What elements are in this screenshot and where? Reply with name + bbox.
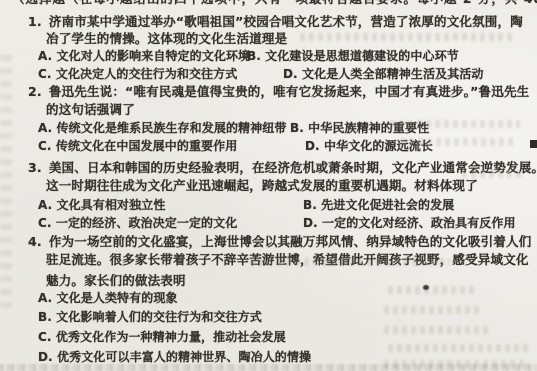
question-4-stem-line-1: 4.作为一场空前的文化盛宴，上海世博会以其融万邦风情、纳异域特色的文化吸引着人们 [28,235,531,249]
question-4-option-a: A. 文化是人类特有的现象 [38,291,178,305]
question-4-stem-line-3: 魅力。家长们的做法表明 [46,274,186,288]
scan-bottom-noise [0,364,537,371]
question-3-number: 3. [28,161,42,175]
question-4-stem-line-2: 驻足流连。很多家长带着孩子不辞辛苦游世博，希望借此开阔孩子视野，感受异域文化 [46,253,529,267]
bleedthrough-smudge [388,286,478,294]
question-2-option-b: B. 中华民族精神的重要性 [290,121,429,135]
question-3-stem-text: 美国、日本和韩国的历史经验表明，在经济危机或萧条时期，文化产业通常会逆势发展。 [49,160,537,175]
section-header-clipped: （选择题（在每小题给出的四个选项中，只有一项最符合题目要求。每小题 2 分，共 … [12,0,537,6]
bleedthrough-smudge [300,33,515,41]
bleedthrough-smudge [388,344,528,352]
question-3-stem-line-1: 3.美国、日本和韩国的历史经验表明，在经济危机或萧条时期，文化产业通常会逆势发展… [28,161,537,175]
question-1-option-a: A. 文化对人的影响来自特定的文化环境 [38,49,250,63]
question-2-option-d: D. 中华文化的源远流长 [305,139,433,153]
question-1-stem-text: 济南市某中学通过举办“歌唱祖国”校园合唱文化艺术节，营造了浓厚的文化氛围，陶 [49,14,523,29]
question-1-options-row-ab: A. 文化对人的影响来自特定的文化环境 B. 文化建设是思想道德建设的中心环节 [38,49,518,63]
scan-edge-mark [530,140,537,148]
scanned-exam-page: （选择题（在每小题给出的四个选项中，只有一项最符合题目要求。每小题 2 分，共 … [0,0,537,371]
question-4-option-d: D. 优秀文化可以丰富人的精神世界、陶冶人的情操 [38,350,311,364]
question-2-options-row-ab: A. 传统文化是维系民族生存和发展的精神纽带 B. 中华民族精神的重要性 [38,121,518,135]
question-4-option-b: B. 文化影响着人们的交往行为和交往方式 [38,310,262,324]
question-2-number: 2. [28,85,42,99]
question-1-option-b: B. 文化建设是思想道德建设的中心环节 [247,49,459,63]
question-3-options-row-cd: C. 一定的经济、政治决定一定的文化 D. 一定的文化对经济、政治具有反作用 [38,216,518,230]
question-4-option-c: C. 优秀文化作为一种精神力量，推动社会发展 [38,330,286,344]
question-1-option-c: C. 文化决定人的交往行为和交往方式 [38,67,237,81]
question-2-stem-line-2: 的这句话强调了 [46,103,135,117]
question-3-option-b: B. 先进文化促进社会的发展 [303,198,454,212]
question-3-options-row-ab: A. 文化具有相对独立性 B. 先进文化促进社会的发展 [38,198,518,212]
question-2-stem-text: 鲁迅先生说：“唯有民魂是值得宝贵的，唯有它发扬起来，中国才有真进步。”鲁迅先生 [49,84,529,99]
question-2-stem-line-1: 2.鲁迅先生说：“唯有民魂是值得宝贵的，唯有它发扬起来，中国才有真进步。”鲁迅先… [28,85,529,99]
bleedthrough-smudge [384,360,529,368]
question-3-option-c: C. 一定的经济、政治决定一定的文化 [38,216,237,230]
bleedthrough-smudge [384,326,489,334]
question-2-option-c: C. 传统文化在中国发展中的重要作用 [38,139,237,153]
question-4-stem-text: 作为一场空前的文化盛宴，上海世博会以其融万邦风情、纳异域特色的文化吸引着人们 [49,234,532,249]
question-1-stem-line-1: 1.济南市某中学通过举办“歌唱祖国”校园合唱文化艺术节，营造了浓厚的文化氛围，陶 [28,15,523,29]
question-3-stem-line-2: 这一时期往往成为文化产业迅速崛起，跨越式发展的重要机遇期。材料体现了 [46,179,478,193]
bleedthrough-left-column [0,55,12,315]
question-2-option-a: A. 传统文化是维系民族生存和发展的精神纽带 [38,121,286,135]
question-1-option-d: D. 文化是人类全部精神生活及其活动 [283,67,484,81]
question-3-option-a: A. 文化具有相对独立性 [38,198,165,212]
question-1-number: 1. [28,15,42,29]
bleedthrough-smudge [384,306,479,314]
question-3-option-d: D. 一定的文化对经济、政治具有反作用 [303,216,516,230]
question-1-stem-line-2: 冶了学生的情操。这体现的文化生活道理是 [46,32,287,46]
question-2-options-row-cd: C. 传统文化在中国发展中的重要作用 D. 中华文化的源远流长 [38,139,518,153]
ink-speck [423,285,429,290]
question-4-number: 4. [28,235,42,249]
question-1-options-row-cd: C. 文化决定人的交往行为和交往方式 D. 文化是人类全部精神生活及其活动 [38,67,518,81]
